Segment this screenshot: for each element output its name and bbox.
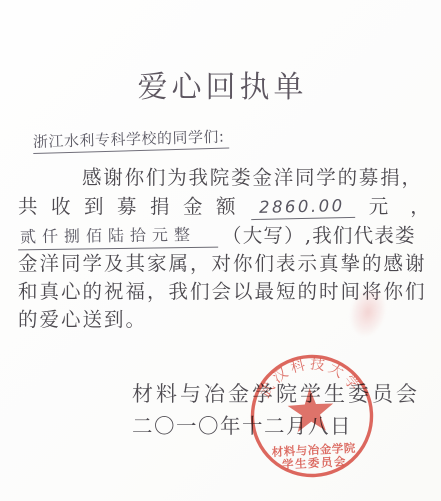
receipt-title: 爱心回执单	[0, 62, 441, 106]
currency-unit: 元	[369, 195, 389, 218]
line2-comma: ，	[410, 195, 430, 218]
official-seal-stamp: 武汉科技大学 材料与冶金学院 学生委员会	[242, 346, 383, 487]
body-line-1: 感谢你们为我院娄金洋同学的募捐，	[82, 162, 423, 190]
amount-numeric-handwritten: 2860.00	[251, 196, 355, 220]
amount-capital-handwritten: 贰仟捌佰陆拾元整	[18, 222, 218, 251]
line3-printed-text: （大写）,我们代表娄	[222, 224, 416, 247]
body-line-6: 的爱心送到。	[18, 304, 147, 332]
body-line-4: 金洋同学及其家属，对你们表示真挚的感谢	[18, 248, 427, 276]
scanned-receipt-page: 爱心回执单 浙江水利专科学校的同学们: 感谢你们为我院娄金洋同学的募捐， 共收到…	[0, 0, 441, 501]
amount-label: 共收到募捐金额	[18, 195, 249, 218]
body-line-3: 贰仟捌佰陆拾元整（大写）,我们代表娄	[18, 220, 416, 250]
salutation-handwritten: 浙江水利专科学校的同学们:	[33, 126, 229, 154]
body-line-2: 共收到募捐金额2860.00元，	[18, 191, 430, 220]
stamp-star-icon	[287, 387, 335, 433]
